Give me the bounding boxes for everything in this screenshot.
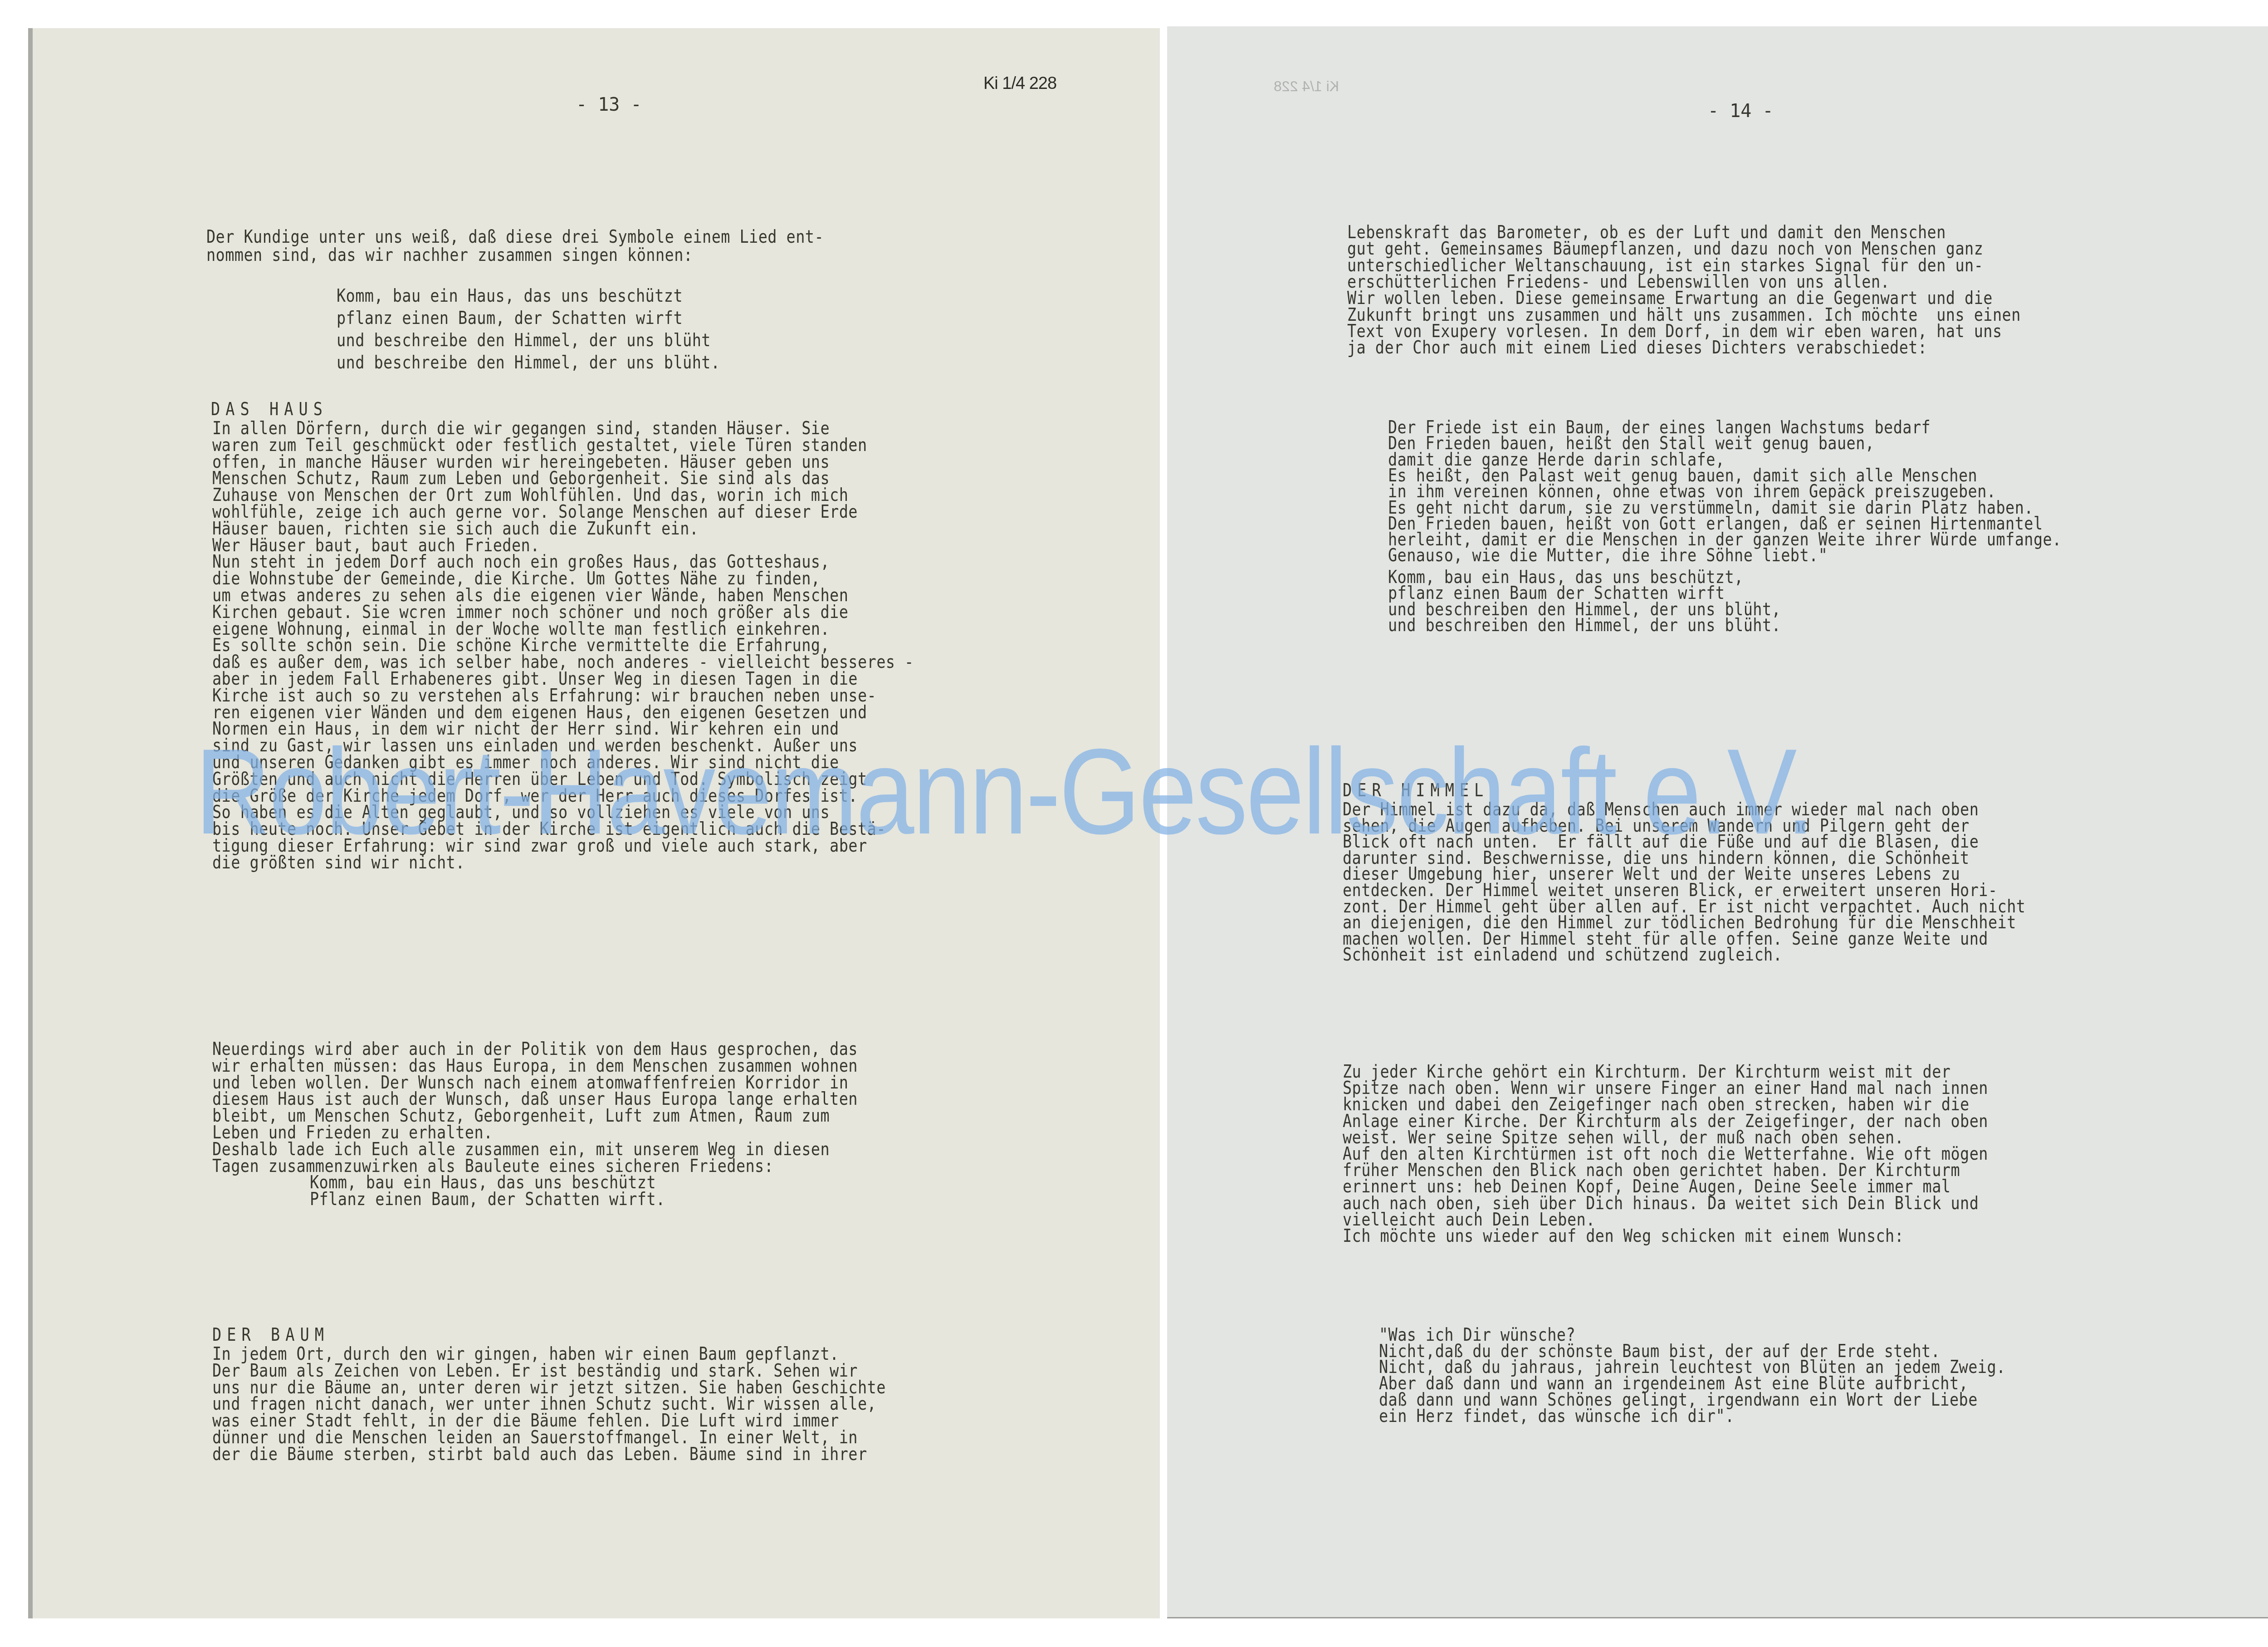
- text-line: Schönheit ist einladend und schützend zu…: [1343, 945, 1782, 965]
- page-number-left: - 13 -: [576, 94, 642, 115]
- song-line: pflanz einen Baum, der Schatten wirft: [337, 308, 683, 328]
- song-line: Pflanz einen Baum, der Schatten wirft.: [310, 1189, 665, 1210]
- song-line: Komm, bau ein Haus, das uns beschützt: [337, 286, 683, 306]
- quote-line: ein Herz findet, das wünsche ich dir".: [1379, 1406, 1735, 1426]
- bleed-through-stamp: Ki 1/4 228: [1274, 78, 1339, 95]
- text-line: Ich möchte uns wieder auf den Weg schick…: [1343, 1226, 1904, 1246]
- archive-stamp: Ki 1/4 228: [983, 74, 1056, 93]
- song-line: und beschreibe den Himmel, der uns blüht: [337, 330, 711, 351]
- song-line: und beschreiben den Himmel, der uns blüh…: [1388, 615, 1781, 636]
- section-heading: DER BAUM: [212, 1325, 329, 1345]
- quote-line: Genauso, wie die Mutter, die ihre Söhne …: [1388, 545, 1828, 566]
- text-line: nommen sind, das wir nachher zusammen si…: [206, 245, 693, 265]
- section-heading: DAS HAUS: [211, 399, 328, 420]
- text-line: die größten sind wir nicht.: [212, 853, 465, 873]
- page-number-right: - 14 -: [1708, 101, 1774, 122]
- section-heading: DER HIMMEL: [1343, 780, 1489, 801]
- text-line: Der Kundige unter uns weiß, daß diese dr…: [206, 227, 824, 247]
- text-line: der die Bäume sterben, stirbt bald auch …: [212, 1444, 867, 1465]
- text-line: ja der Chor auch mit einem Lied dieses D…: [1347, 338, 1927, 358]
- song-line: und beschreibe den Himmel, der uns blüht…: [337, 353, 720, 373]
